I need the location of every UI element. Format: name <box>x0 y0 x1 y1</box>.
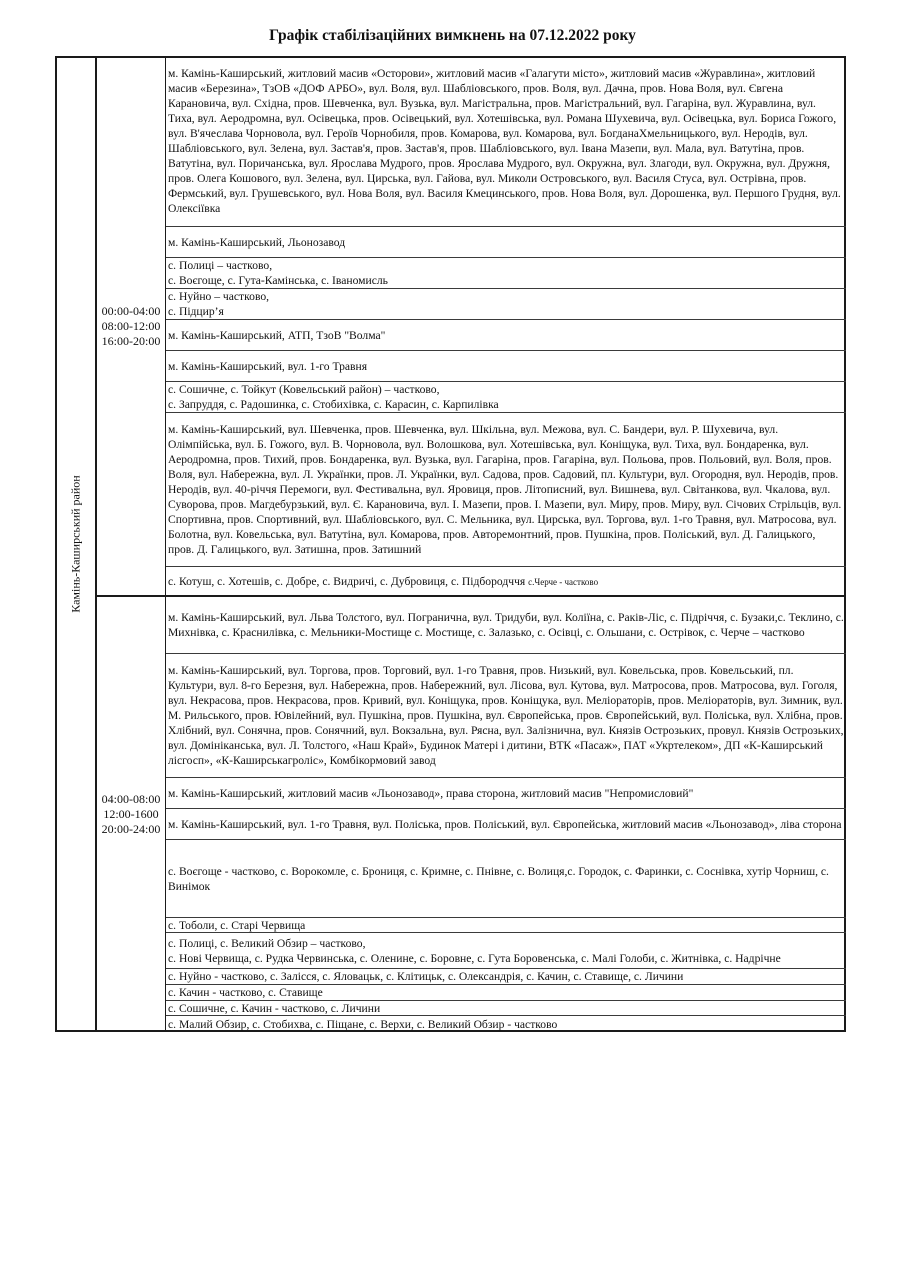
location-text: с. Тоболи, с. Старі Червища <box>168 918 844 933</box>
location-text: с. Нуйно - частково, с. Залісся, с. Ялов… <box>168 969 844 984</box>
location-row: м. Камінь-Каширський, вул. Торгова, пров… <box>166 654 846 778</box>
location-text: с. Котуш, с. Хотешів, с. Добре, с. Видри… <box>168 575 528 588</box>
location-text: с. Качин - частково, с. Ставище <box>168 985 844 1000</box>
location-text: м. Камінь-Каширський, житловий масив «Ль… <box>168 786 844 801</box>
location-text: с. Сошичне, с. Качин - частково, с. Личи… <box>168 1001 844 1016</box>
location-row: м. Камінь-Каширський, вул. Шевченка, про… <box>166 413 846 567</box>
time-slot: 16:00-20:00 <box>102 334 161 349</box>
location-text: с. Сошичне, с. Тойкут (Ковельський район… <box>168 382 844 397</box>
location-text: с. Запруддя, с. Радошинка, с. Стобихівка… <box>168 397 844 412</box>
location-note: с.Черче - частково <box>528 577 598 587</box>
location-text: с. Малий Обзир, с. Стобихва, с. Піщане, … <box>168 1017 844 1032</box>
time-slot: 08:00-12:00 <box>102 319 161 334</box>
location-text: с. Полиці – частково, <box>168 258 844 273</box>
location-text: м. Камінь-Каширський, вул. Торгова, пров… <box>168 663 844 768</box>
location-row: с. Малий Обзир, с. Стобихва, с. Піщане, … <box>166 1016 846 1032</box>
location-row: с. Полиці – частково,с. Воєгоще, с. Гута… <box>166 258 846 289</box>
district-label: Камінь-Каширський район <box>69 475 84 612</box>
time-slots-group-2: 04:00-08:00 12:00-1600 20:00-24:00 <box>97 597 166 1032</box>
document-title: Графік стабілізаційних вимкнень на 07.12… <box>0 27 905 45</box>
location-row: м. Камінь-Каширський, Льонозавод <box>166 227 846 258</box>
location-row: м. Камінь-Каширський, вул. 1-го Травня <box>166 351 846 382</box>
location-row: м. Камінь-Каширський, вул. Льва Толстого… <box>166 597 846 654</box>
location-row: м. Камінь-Каширський, вул. 1-го Травня, … <box>166 809 846 840</box>
location-text: с. Полиці, с. Великий Обзир – частково, <box>168 936 844 951</box>
location-row: с. Полиці, с. Великий Обзир – частково,с… <box>166 933 846 969</box>
location-text: с. Воєгоще - частково, с. Ворокомле, с. … <box>168 864 844 894</box>
time-slots-group-1: 00:00-04:00 08:00-12:00 16:00-20:00 <box>97 56 166 597</box>
location-text: м. Камінь-Каширський, АТП, ТзоВ "Волма" <box>168 328 844 343</box>
location-row: с. Сошичне, с. Тойкут (Ковельський район… <box>166 382 846 413</box>
location-row: с. Воєгоще - частково, с. Ворокомле, с. … <box>166 840 846 918</box>
location-text: м. Камінь-Каширський, житловий масив «Ос… <box>168 66 844 216</box>
location-row: м. Камінь-Каширський, житловий масив «Ос… <box>166 56 846 227</box>
location-row: с. Котуш, с. Хотешів, с. Добре, с. Видри… <box>166 567 846 597</box>
location-row: с. Сошичне, с. Качин - частково, с. Личи… <box>166 1001 846 1016</box>
location-text: м. Камінь-Каширський, Льонозавод <box>168 235 844 250</box>
location-row: с. Тоболи, с. Старі Червища <box>166 918 846 933</box>
location-text: с. Нуйно – частково, <box>168 289 844 304</box>
time-slot: 12:00-1600 <box>102 807 161 822</box>
location-text: м. Камінь-Каширський, вул. 1-го Травня, … <box>168 817 844 832</box>
location-row: м. Камінь-Каширський, АТП, ТзоВ "Волма" <box>166 320 846 351</box>
location-text: м. Камінь-Каширський, вул. Шевченка, про… <box>168 422 844 557</box>
location-row: м. Камінь-Каширський, житловий масив «Ль… <box>166 778 846 809</box>
location-row: с. Качин - частково, с. Ставище <box>166 985 846 1001</box>
location-text: с. Підцир’я <box>168 304 844 319</box>
location-text: м. Камінь-Каширський, вул. 1-го Травня <box>168 359 844 374</box>
time-slot: 20:00-24:00 <box>102 822 161 837</box>
time-slot: 04:00-08:00 <box>102 792 161 807</box>
time-slot: 00:00-04:00 <box>102 304 161 319</box>
location-text: с. Нові Червища, с. Рудка Червинська, с.… <box>168 951 844 966</box>
location-row: с. Нуйно - частково, с. Залісся, с. Ялов… <box>166 969 846 985</box>
location-row: с. Нуйно – частково,с. Підцир’я <box>166 289 846 320</box>
location-text: с. Воєгоще, с. Гута-Камінська, с. Іваном… <box>168 273 844 288</box>
location-text: м. Камінь-Каширський, вул. Льва Толстого… <box>168 610 844 640</box>
